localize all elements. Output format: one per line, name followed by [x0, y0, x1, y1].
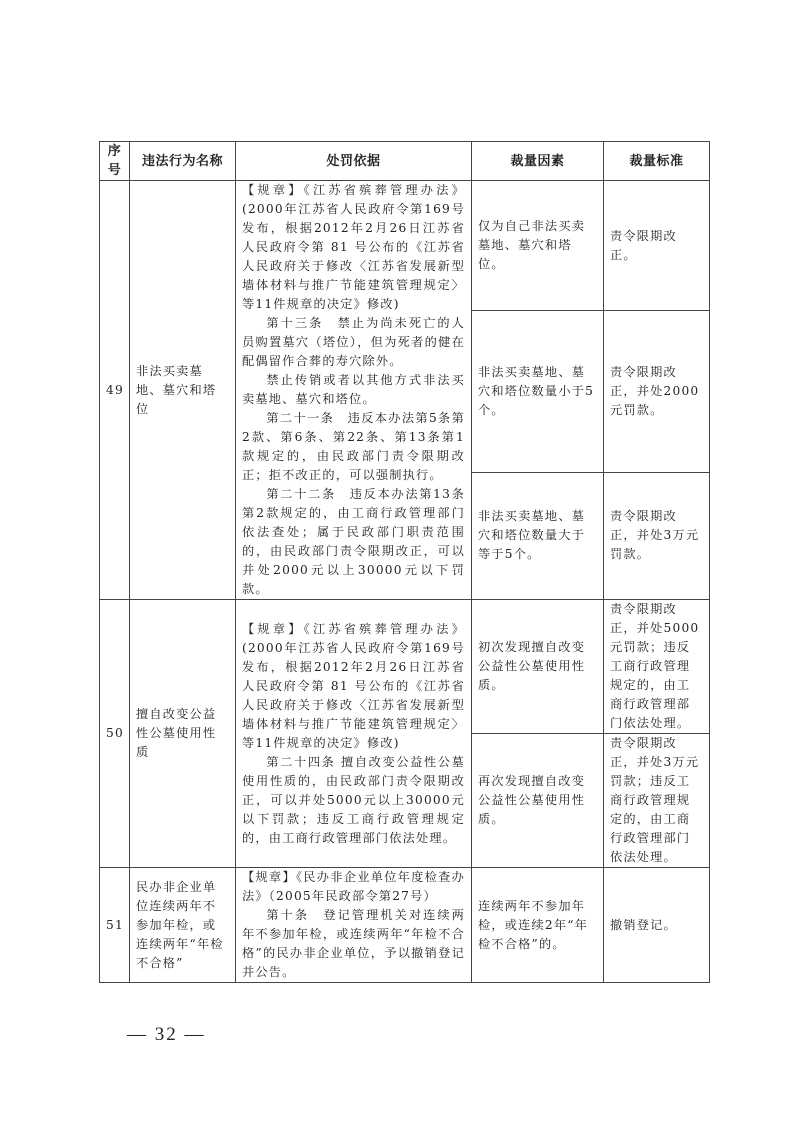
basis-paragraph: 【规章】《江苏省殡葬管理办法》(2000年江苏省人民政府令第169号发布，根据2…: [242, 181, 465, 314]
basis-paragraph: 禁止传销或者以其他方式非法买卖墓地、墓穴和塔位。: [242, 371, 465, 409]
basis-paragraph: 第二十二条 违反本办法第13条第2款规定的，由工商行政管理部门依法查处；属于民政…: [242, 485, 465, 599]
discretion-standard: 撤销登记。: [604, 868, 710, 983]
row-number: 50: [100, 600, 130, 868]
violation-name: 非法买卖墓地、墓穴和塔位: [130, 181, 236, 600]
header-violation-name: 违法行为名称: [130, 142, 236, 181]
table-row: 49 非法买卖墓地、墓穴和塔位 【规章】《江苏省殡葬管理办法》(2000年江苏省…: [100, 181, 710, 311]
discretion-standard: 责令限期改正。: [604, 181, 710, 311]
row-number: 51: [100, 868, 130, 983]
discretion-factor: 非法买卖墓地、墓穴和塔位数量小于5个。: [472, 311, 604, 472]
discretion-standard: 责令限期改正，并处5000元罚款；违反工商行政管理规定的，由工商行政管理部门依法…: [604, 600, 710, 734]
table-row: 51 民办非企业单位连续两年不参加年检，或连续两年“年检不合格” 【规章】《民办…: [100, 868, 710, 983]
table-header-row: 序号 违法行为名称 处罚依据 裁量因素 裁量标准: [100, 142, 710, 181]
penalty-basis: 【规章】《江苏省殡葬管理办法》(2000年江苏省人民政府令第169号发布，根据2…: [236, 600, 472, 868]
basis-paragraph: 第十条 登记管理机关对连续两年不参加年检，或连续两年“年检不合格”的民办非企业单…: [242, 906, 465, 982]
header-seq: 序号: [100, 142, 130, 181]
discretion-factor: 初次发现擅自改变公益性公墓使用性质。: [472, 600, 604, 734]
discretion-standard: 责令限期改正，并处3万元罚款。: [604, 472, 710, 599]
discretion-standard: 责令限期改正，并处2000元罚款。: [604, 311, 710, 472]
header-discretion-standard: 裁量标准: [604, 142, 710, 181]
penalty-discretion-table: 序号 违法行为名称 处罚依据 裁量因素 裁量标准 49 非法买卖墓地、墓穴和塔位…: [99, 141, 710, 983]
header-penalty-basis: 处罚依据: [236, 142, 472, 181]
basis-paragraph: 第十三条 禁止为尚未死亡的人员购置墓穴（塔位），但为死者的健在配偶留作合葬的寿穴…: [242, 314, 465, 371]
discretion-factor: 连续两年不参加年检，或连续2年“年检不合格”的。: [472, 868, 604, 983]
violation-name: 民办非企业单位连续两年不参加年检，或连续两年“年检不合格”: [130, 868, 236, 983]
header-discretion-factor: 裁量因素: [472, 142, 604, 181]
discretion-factor: 非法买卖墓地、墓穴和塔位数量大于等于5个。: [472, 472, 604, 599]
discretion-factor: 仅为自己非法买卖墓地、墓穴和塔位。: [472, 181, 604, 311]
table-row: 50 擅自改变公益性公墓使用性质 【规章】《江苏省殡葬管理办法》(2000年江苏…: [100, 600, 710, 734]
basis-paragraph: 第二十一条 违反本办法第5条第2款、第6条、第22条、第13条第1款规定的，由民…: [242, 409, 465, 485]
discretion-standard: 责令限期改正，并处3万元罚款；违反工商行政管理规定的，由工商行政管理部门依法处理…: [604, 734, 710, 868]
row-number: 49: [100, 181, 130, 600]
basis-paragraph: 【规章】《民办非企业单位年度检查办法》（2005年民政部令第27号）: [242, 868, 465, 906]
violation-name: 擅自改变公益性公墓使用性质: [130, 600, 236, 868]
page-number: — 32 —: [127, 1024, 206, 1046]
basis-paragraph: 【规章】《江苏省殡葬管理办法》(2000年江苏省人民政府令第169号发布，根据2…: [242, 620, 465, 753]
basis-paragraph: 第二十四条 擅自改变公益性公墓使用性质的，由民政部门责令限期改正，可以并处500…: [242, 753, 465, 848]
penalty-basis: 【规章】《民办非企业单位年度检查办法》（2005年民政部令第27号） 第十条 登…: [236, 868, 472, 983]
penalty-basis: 【规章】《江苏省殡葬管理办法》(2000年江苏省人民政府令第169号发布，根据2…: [236, 181, 472, 600]
discretion-factor: 再次发现擅自改变公益性公墓使用性质。: [472, 734, 604, 868]
